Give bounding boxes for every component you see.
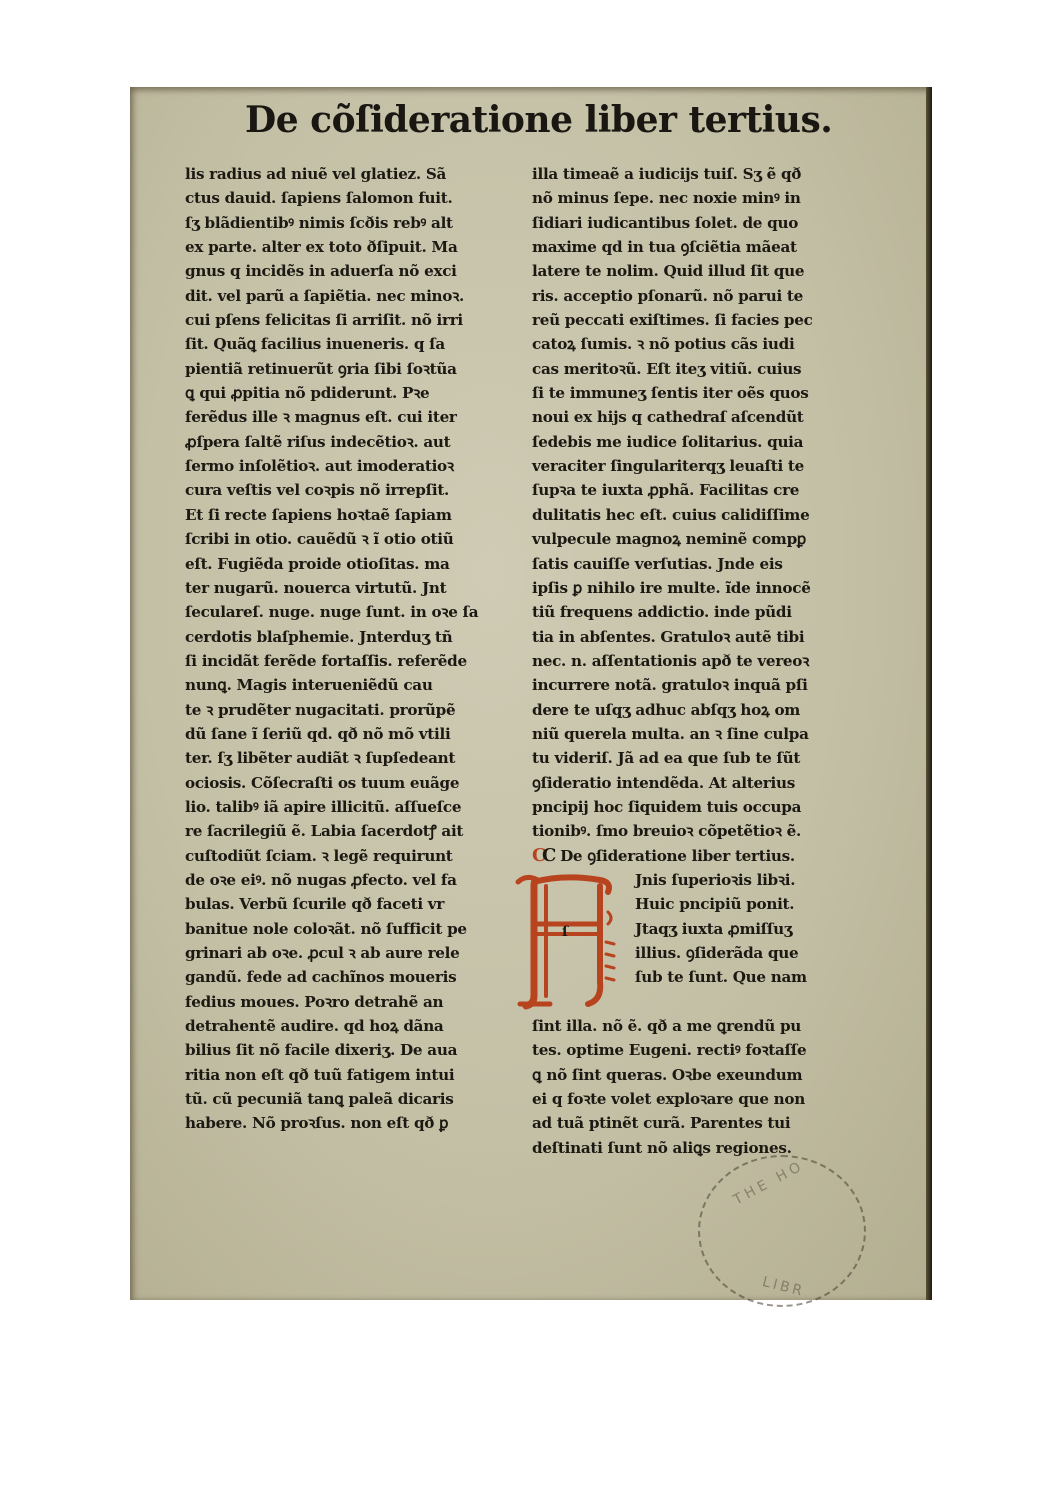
- text-line: Et ſi recte ſapiens hoꝛtaẽ ſapiam: [185, 503, 525, 527]
- text-line: tia in abſentes. Gratuloꝛ autẽ tibi: [532, 625, 874, 649]
- text-line: Jtaqʒ iuxta ꝓmiſſuʒ: [635, 917, 807, 941]
- text-line: gnus q incidẽs in aduerſa nõ exci: [185, 259, 525, 283]
- text-line: banitue nole coloꝛãt. nõ ſufficit pe: [185, 917, 525, 941]
- rubricated-initial-a-icon: ſ: [512, 872, 620, 1012]
- text-line: ei q foꝛte volet exploꝛare que non: [532, 1087, 874, 1111]
- text-line: nec. n. aſſentationis apð te vereoꝛ: [532, 649, 874, 673]
- text-line: cui pſens felicitas ſi arriſit. nõ irri: [185, 308, 525, 332]
- text-line: ꝗ qui ꝓpitia nõ pdiderunt. Pꝛe: [185, 381, 525, 405]
- text-line: lis radius ad niuẽ vel glatiez. Sã: [185, 162, 525, 186]
- text-line: reũ peccati exiſtimes. ſi facies pec: [532, 308, 874, 332]
- text-line: ex parte. alter ex toto ðſipuit. Ma: [185, 235, 525, 259]
- text-line: grinari ab oꝛe. ꝓcul ꝛ ab aure rele: [185, 941, 525, 965]
- text-line: ſermo inſolẽtioꝛ. aut imoderatioꝛ: [185, 454, 525, 478]
- text-line: nõ minus ſepe. nec noxie minꝰ in: [532, 186, 874, 210]
- decorated-initial-block: ſ Jnis ſuperioꝛis libꝛi.Huic pncipiũ pon…: [532, 868, 874, 1014]
- text-line: tu videriſ. Jã ad ea que ſub te ſũt: [532, 746, 874, 770]
- text-line: niũ querela multa. an ꝛ ſine culpa: [532, 722, 874, 746]
- text-line: ſi incidãt ferẽde fortaſſis. referẽde: [185, 649, 525, 673]
- text-line: tũ. cũ pecuniã tanꝗ paleã dicaris: [185, 1087, 525, 1111]
- text-line: cas meritoꝛũ. Eſt iteʒ vitiũ. cuius: [532, 357, 874, 381]
- text-line: incurrere notã. gratuloꝛ inquã pſi: [532, 673, 874, 697]
- text-line: catoꝝ ſumis. ꝛ nõ potius cãs iudi: [532, 332, 874, 356]
- text-line: gandũ. fede ad cachĩnos moueris: [185, 965, 525, 989]
- text-line: ad tuã ptinẽt curã. Parentes tui: [532, 1111, 874, 1135]
- text-line: veraciter ſingulariterqʒ leuaſti te: [532, 454, 874, 478]
- text-line: detrahentẽ audire. qd hoꝝ dãna: [185, 1014, 525, 1038]
- text-line: ter nugarũ. nouerca virtutũ. Jnt: [185, 576, 525, 600]
- text-line: ꝓſpera ſaltẽ riſus indecẽtioꝛ. aut: [185, 430, 525, 454]
- chapter-heading-text: De ꝯſideratione liber tertius.: [560, 847, 795, 865]
- text-line: ociosis. Cõſecraſti os tuum euãge: [185, 771, 525, 795]
- text-line: nunꝗ. Magis interueniẽdũ cau: [185, 673, 525, 697]
- text-line: ſint illa. nõ ẽ. qð a me ꝗrendũ pu: [532, 1014, 874, 1038]
- text-line: illa timeaẽ a iudicijs tuiſ. Sʒ ẽ qð: [532, 162, 874, 186]
- text-line: dulitatis hec eſt. cuius calidiſſime: [532, 503, 874, 527]
- text-line: ferẽdus ille ꝛ magnus eſt. cui iter: [185, 405, 525, 429]
- text-line: ritia non eſt qð tuũ fatigem intui: [185, 1063, 525, 1087]
- chapter-heading: CCDe ꝯſideratione liber tertius.: [532, 844, 874, 868]
- running-head: De cõſideratione liber tertius.: [245, 99, 845, 141]
- text-line: tiũ frequens addictio. inde pũdi: [532, 600, 874, 624]
- text-line: vulpecule magnoꝝ neminẽ compꝑ: [532, 527, 874, 551]
- text-line: Huic pncipiũ ponit.: [635, 892, 807, 916]
- text-line: tes. optime Eugeni. rectiꝰ foꝛtaſſe: [532, 1038, 874, 1062]
- text-line: ſedebis me iudice ſolitarius. quia: [532, 430, 874, 454]
- text-line: ſcribi in otio. cauẽdũ ꝛ ĩ otio otiũ: [185, 527, 525, 551]
- right-text-column: illa timeaẽ a iudicijs tuiſ. Sʒ ẽ qðnõ m…: [532, 162, 874, 1160]
- stamp-bottom-text: LIBR: [761, 1274, 807, 1300]
- text-line: Jnis ſuperioꝛis libꝛi.: [635, 868, 807, 892]
- text-line: latere te nolim. Quid illud ſit que: [532, 259, 874, 283]
- text-line: dũ ſane ĩ ſeriũ qd. qð nõ mõ vtili: [185, 722, 525, 746]
- library-stamp: THE HO LIBR: [698, 1155, 866, 1307]
- text-line: maxime qd in tua ꝯſciẽtia mãeat: [532, 235, 874, 259]
- text-line: cuſtodiũt ſciam. ꝛ legẽ requirunt: [185, 844, 525, 868]
- text-line: ſatis cauiſſe verſutias. Jnde eis: [532, 552, 874, 576]
- text-line: ſit. Quãꝗ facilius inueneris. q ſa: [185, 332, 525, 356]
- text-line: fedius moues. Poꝛro detrahẽ an: [185, 990, 525, 1014]
- stamp-top-text: THE HO: [731, 1158, 807, 1209]
- text-line: tionibꝰ. ſmo breuioꝛ cõpetẽtioꝛ ẽ.: [532, 819, 874, 843]
- text-line: pientiã retinuerũt ꝯria ſibi ſoꝛtũa: [185, 357, 525, 381]
- manuscript-page-scan: De cõſideratione liber tertius. lis radi…: [130, 87, 932, 1300]
- text-line: bilius ſit nõ facile dixeriʒ. De aua: [185, 1038, 525, 1062]
- text-line: de oꝛe eiꝰ. nõ nugas ꝓfecto. vel fa: [185, 868, 525, 892]
- text-line: ſʒ blãdientibꝰ nimis ſcðis rebꝰ alt: [185, 211, 525, 235]
- text-line: noui ex hijs q cathedraſ aſcendũt: [532, 405, 874, 429]
- text-line: dere te uſqʒ adhuc abſqʒ hoꝝ om: [532, 698, 874, 722]
- text-line: ſeculareſ. nuge. nuge ſunt. in oꝛe ſa: [185, 600, 525, 624]
- text-line: ꝯſideratio intendẽda. At alterius: [532, 771, 874, 795]
- text-line: dit. vel parũ a ſapiẽtia. nec minoꝛ.: [185, 284, 525, 308]
- text-line: ipſis ꝑ nihilo ire multe. ĩde innocẽ: [532, 576, 874, 600]
- text-line: ris. acceptio pſonarũ. nõ parui te: [532, 284, 874, 308]
- text-line: habere. Nõ proꝛſus. non eſt qð ꝑ: [185, 1111, 525, 1135]
- text-line: ſupꝛa te iuxta ꝓphã. Facilitas cre: [532, 478, 874, 502]
- text-line: ſi te immuneʒ ſentis iter oẽs quos: [532, 381, 874, 405]
- paraph-mark-icon: C: [542, 845, 556, 866]
- text-line: pncipij hoc ſiquidem tuis occupa: [532, 795, 874, 819]
- text-line: ctus dauid. ſapiens ſalomon fuit.: [185, 186, 525, 210]
- text-line: re ſacrilegiũ ẽ. Labia ſacerdotꝭ ait: [185, 819, 525, 843]
- text-line: eſt. Fugiẽda proide otioſitas. ma: [185, 552, 525, 576]
- text-line: bulas. Verbũ ſcurile qð faceti vr: [185, 892, 525, 916]
- text-line: cura veſtis vel coꝛpis nõ irrepſit.: [185, 478, 525, 502]
- text-line: cerdotis blaſphemie. Jnterduʒ tñ: [185, 625, 525, 649]
- text-line: ſidiari iudicantibus ſolet. de quo: [532, 211, 874, 235]
- text-line: deſtinati ſunt nõ aliꝗs regiones.: [532, 1136, 874, 1160]
- text-line: ter. ſʒ libẽter audiãt ꝛ ſupſedeant: [185, 746, 525, 770]
- text-line: te ꝛ prudẽter nugacitati. prorũpẽ: [185, 698, 525, 722]
- text-line: ꝗ nõ ſint queras. Oꝛbe exeundum: [532, 1063, 874, 1087]
- text-line: illius. ꝯſiderãda que: [635, 941, 807, 965]
- left-text-column: lis radius ad niuẽ vel glatiez. Sãctus d…: [185, 162, 525, 1136]
- text-line: ſub te ſunt. Que nam: [635, 965, 807, 989]
- text-line: lio. talibꝰ iã apire illicitũ. aſſueſce: [185, 795, 525, 819]
